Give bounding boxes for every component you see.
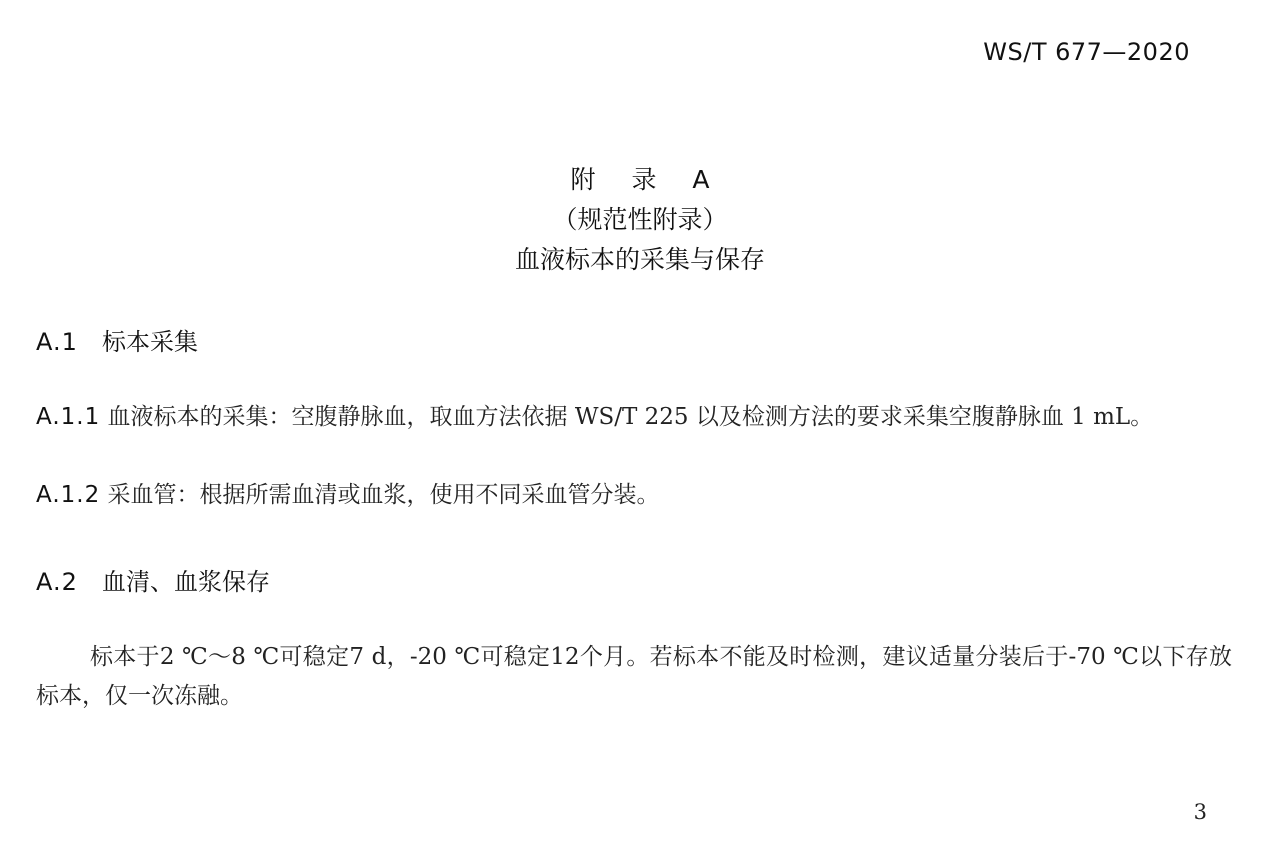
clause-text: 采血管：根据所需血清或血浆，使用不同采血管分装。 (108, 482, 660, 508)
appendix-label: 附 录 A (0, 160, 1280, 200)
storage-paragraph: 标本于2 ℃～8 ℃可稳定7 d，-20 ℃可稳定12个月。若标本不能及时检测，… (36, 638, 1232, 716)
clause-text: 血液标本的采集：空腹静脉血，取血方法依据 WS/T 225 以及检测方法的要求采… (108, 404, 1154, 430)
clause-a1-2: A.1.2 采血管：根据所需血清或血浆，使用不同采血管分装。 (36, 476, 1232, 515)
section-title: 血清、血浆保存 (102, 568, 270, 596)
clause-number: A.1.2 (36, 482, 100, 508)
section-heading-a1: A.1标本采集 (36, 322, 198, 357)
clause-a1-1: A.1.1 血液标本的采集：空腹静脉血，取血方法依据 WS/T 225 以及检测… (36, 398, 1232, 437)
clause-number: A.1.1 (36, 404, 100, 430)
appendix-name: 血液标本的采集与保存 (0, 240, 1280, 280)
standard-code: WS/T 677—2020 (983, 38, 1190, 66)
section-title: 标本采集 (102, 328, 198, 356)
section-number: A.1 (36, 328, 102, 356)
appendix-title-block: 附 录 A （规范性附录） 血液标本的采集与保存 (0, 160, 1280, 280)
section-heading-a2: A.2血清、血浆保存 (36, 562, 270, 597)
section-number: A.2 (36, 568, 102, 596)
appendix-type: （规范性附录） (0, 200, 1280, 240)
page-number: 3 (1194, 800, 1207, 824)
